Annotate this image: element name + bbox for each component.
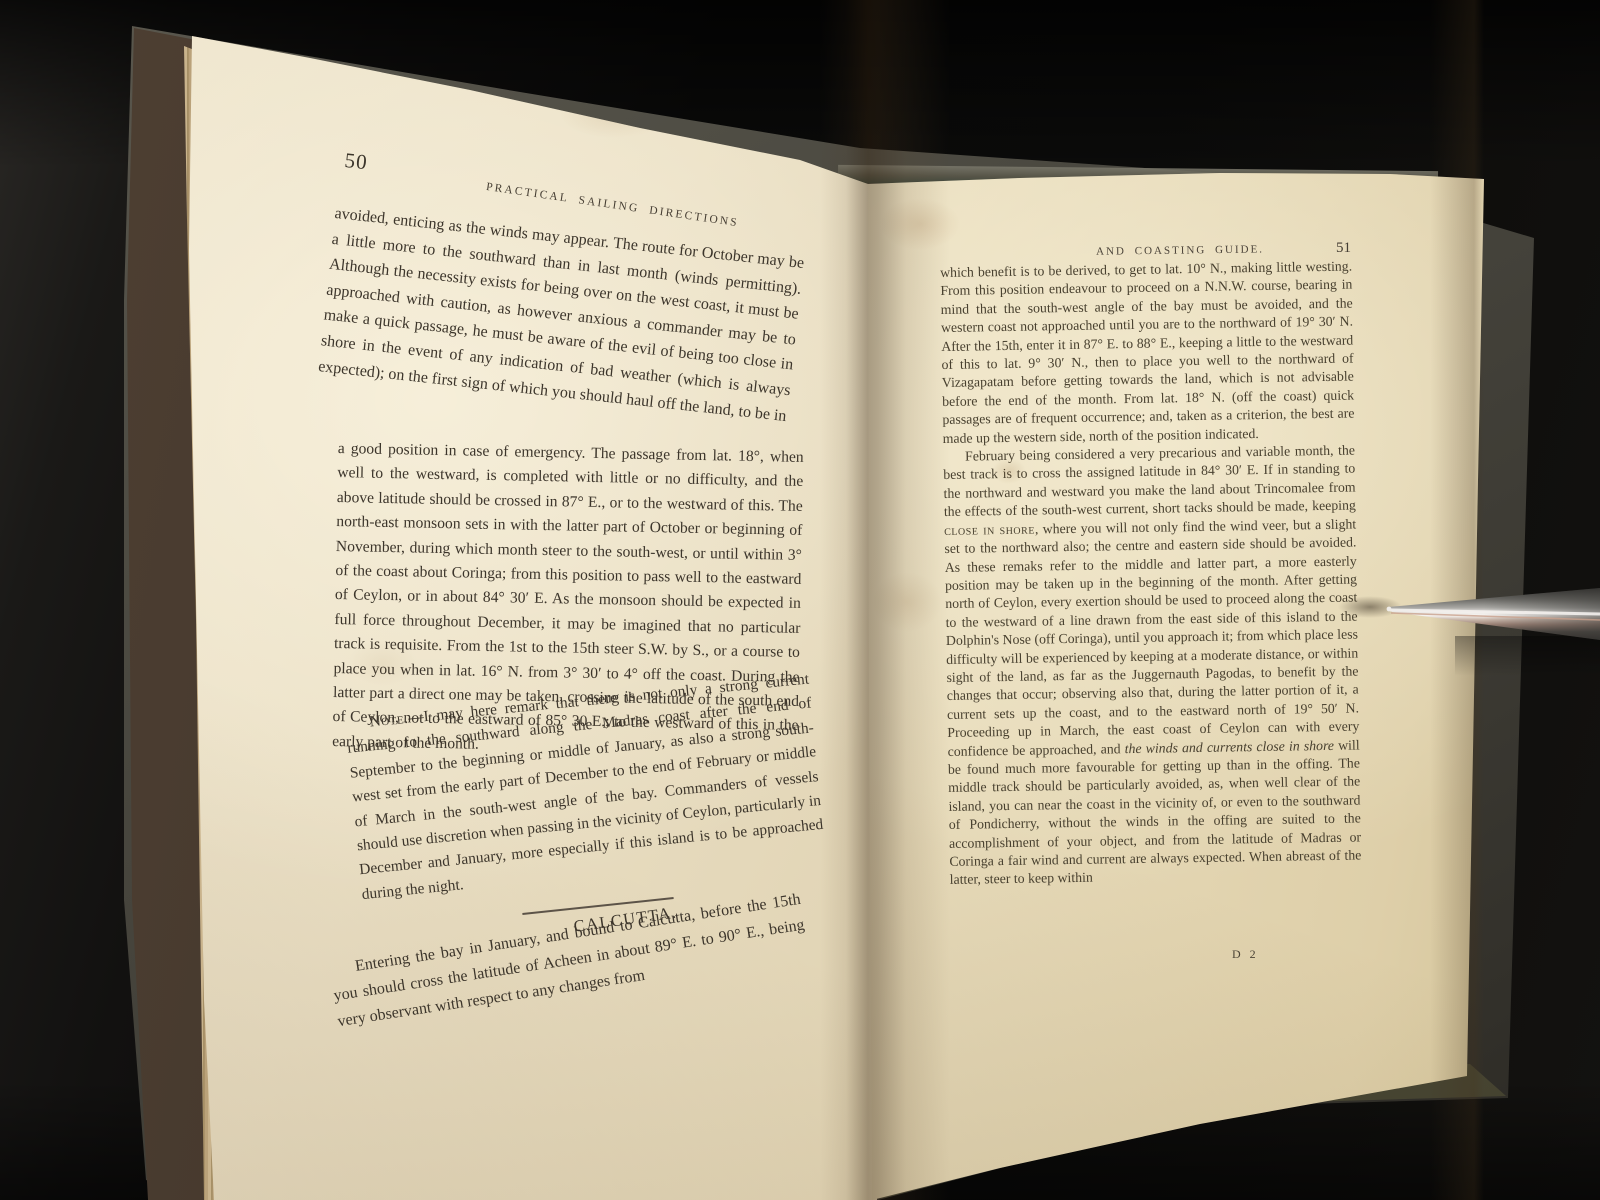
- right-paragraph-2: February being considered a very precari…: [943, 442, 1362, 890]
- foxing-spot: [880, 198, 960, 250]
- left-paragraph-upper-text: avoided, enticing as the winds may appea…: [317, 201, 805, 429]
- text-segment: close in shore: [944, 521, 1035, 537]
- text-segment: the winds and currents close in shore: [1125, 737, 1335, 755]
- metal-pointer: [1382, 578, 1600, 650]
- text-segment: —I may here remark that there is not onl…: [347, 671, 824, 903]
- right-running-header: AND COASTING GUIDE.: [1080, 243, 1280, 258]
- book-photo-scene: 50 PRACTICAL SAILING DIRECTIONS avoided,…: [0, 0, 1600, 1200]
- text-segment: , where you will not only find the wind …: [944, 516, 1359, 758]
- left-paragraph-upper: avoided, enticing as the winds may appea…: [317, 201, 805, 429]
- right-paragraph-1: which benefit is to be derived, to get t…: [940, 258, 1355, 449]
- right-page-number: 51: [1336, 240, 1351, 257]
- left-running-header: PRACTICAL SAILING DIRECTIONS: [485, 181, 704, 224]
- left-page-number: 50: [343, 148, 368, 175]
- foxing-spot: [872, 572, 942, 632]
- text-segment: Note.: [369, 710, 409, 731]
- text-segment: February being considered a very precari…: [943, 443, 1356, 520]
- signature-mark: D 2: [1232, 947, 1259, 962]
- right-page-body: which benefit is to be derived, to get t…: [940, 258, 1362, 890]
- text-segment: will be found much more favourable for g…: [948, 737, 1362, 887]
- metal-pointer-graphic: [1382, 578, 1600, 650]
